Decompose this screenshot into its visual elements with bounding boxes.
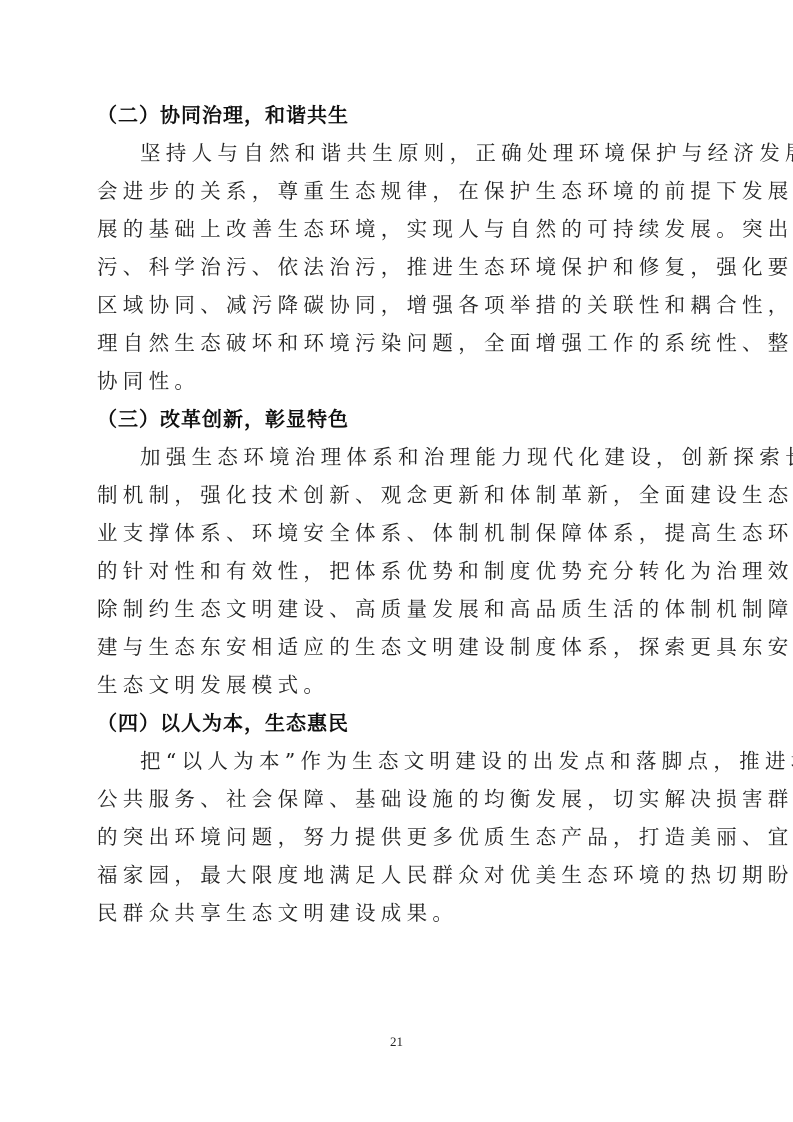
text-line: 民群众共享生态文明建设成果。 [97, 894, 703, 932]
text-line: 展的基础上改善生态环境，实现人与自然的可持续发展。突出系统治 [97, 210, 703, 248]
text-line: 福家园，最大限度地满足人民群众对优美生态环境的热切期盼，让人 [97, 856, 703, 894]
text-line: 的针对性和有效性，把体系优势和制度优势充分转化为治理效能，破 [97, 552, 703, 590]
section-heading-4: （四）以人为本，生态惠民 [97, 704, 703, 742]
section-heading-3: （三）改革创新，彰显特色 [97, 400, 703, 438]
text-line: 公共服务、社会保障、基础设施的均衡发展，切实解决损害群众健康 [97, 780, 703, 818]
document-page: （二）协同治理，和谐共生 坚持人与自然和谐共生原则，正确处理环境保护与经济发展和… [97, 96, 703, 932]
text-line: 协同性。 [97, 362, 703, 400]
section-paragraph-2: 坚持人与自然和谐共生原则，正确处理环境保护与经济发展和社 会进步的关系，尊重生态… [97, 134, 703, 400]
section-paragraph-4: 把“以人为本”作为生态文明建设的出发点和落脚点，推进城乡 公共服务、社会保障、基… [97, 742, 703, 932]
text-line: 生态文明发展模式。 [97, 666, 703, 704]
text-line: 理自然生态破坏和环境污染问题，全面增强工作的系统性、整体性、 [97, 324, 703, 362]
page-number: 21 [0, 1034, 793, 1050]
text-line: 业支撑体系、环境安全体系、体制机制保障体系，提高生态环境治理 [97, 514, 703, 552]
text-line: 制机制，强化技术创新、观念更新和体制革新，全面建设生态文明产 [97, 476, 703, 514]
text-line: 建与生态东安相适应的生态文明建设制度体系，探索更具东安特色的 [97, 628, 703, 666]
text-line: 坚持人与自然和谐共生原则，正确处理环境保护与经济发展和社 [97, 134, 703, 172]
text-line: 加强生态环境治理体系和治理能力现代化建设，创新探索长效体 [97, 438, 703, 476]
text-line: 会进步的关系，尊重生态规律，在保护生态环境的前提下发展，在发 [97, 172, 703, 210]
text-line: 除制约生态文明建设、高质量发展和高品质生活的体制机制障碍，构 [97, 590, 703, 628]
text-line: 把“以人为本”作为生态文明建设的出发点和落脚点，推进城乡 [97, 742, 703, 780]
section-heading-2: （二）协同治理，和谐共生 [97, 96, 703, 134]
text-line: 的突出环境问题，努力提供更多优质生态产品，打造美丽、宜居、幸 [97, 818, 703, 856]
text-line: 区域协同、减污降碳协同，增强各项举措的关联性和耦合性，统筹治 [97, 286, 703, 324]
section-paragraph-3: 加强生态环境治理体系和治理能力现代化建设，创新探索长效体 制机制，强化技术创新、… [97, 438, 703, 704]
text-line: 污、科学治污、依法治污，推进生态环境保护和修复，强化要素协同、 [97, 248, 703, 286]
